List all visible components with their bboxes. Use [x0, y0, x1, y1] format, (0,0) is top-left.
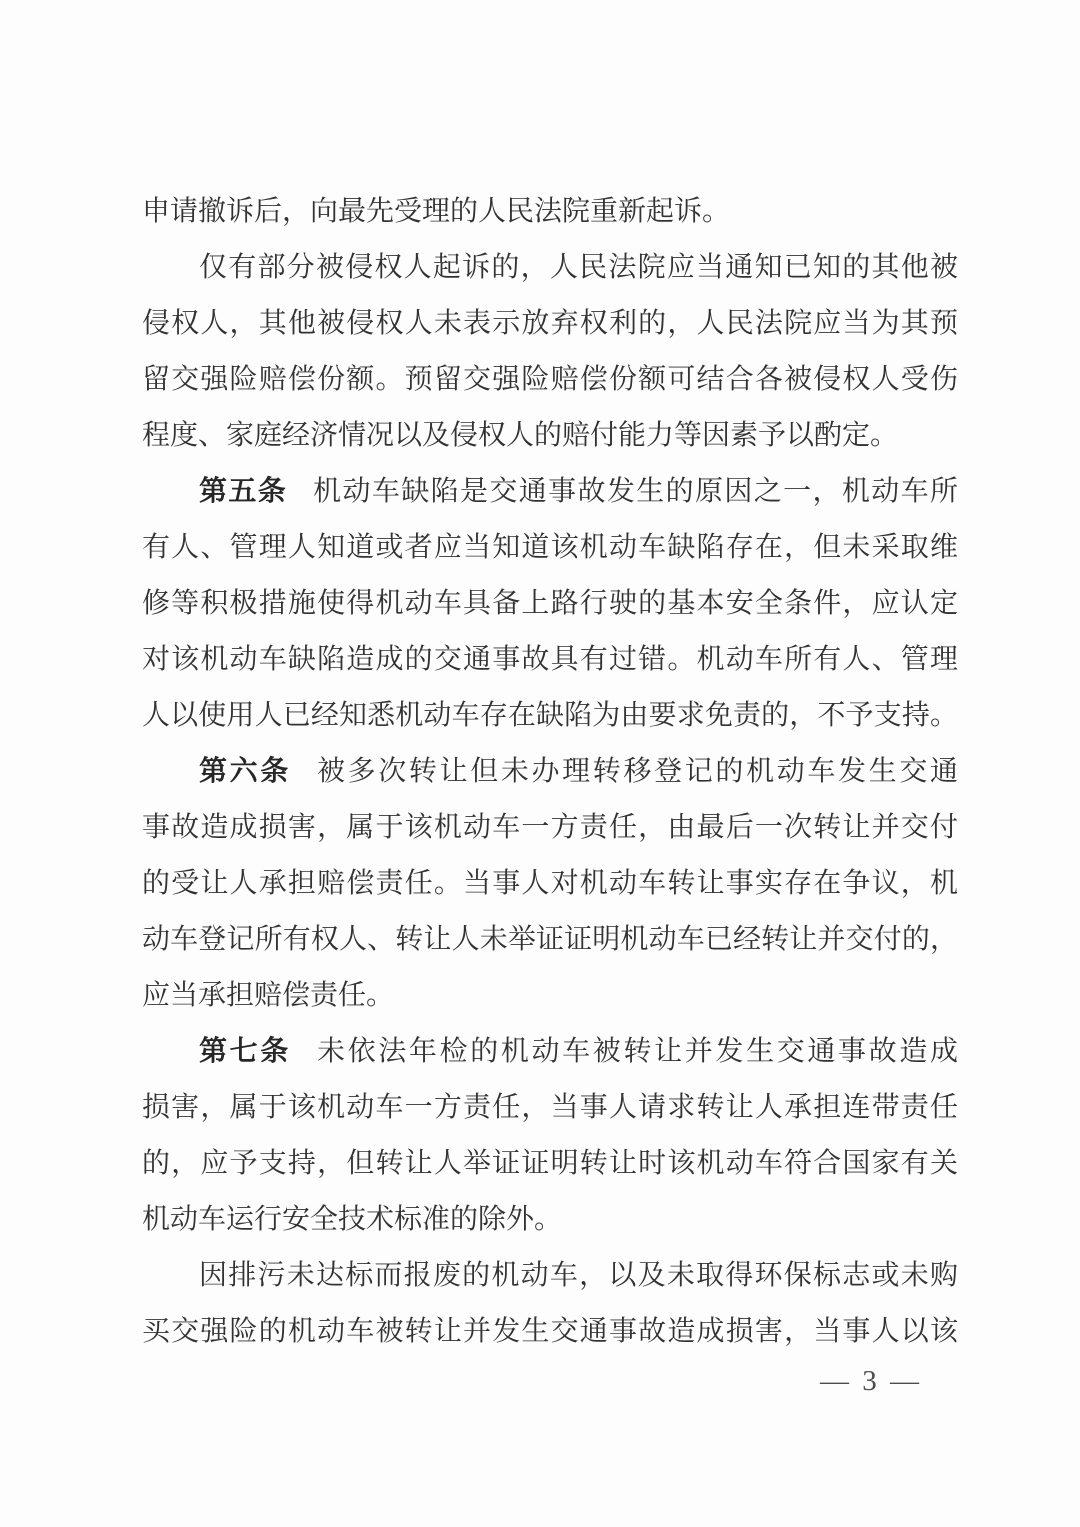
- article-6-number: 第六条: [199, 756, 291, 787]
- text-segment: 被多次转让但未办理转移登记的机动车发生交通: [317, 756, 958, 787]
- text-line: 的受让人承担赔偿责任。当事人对机动车转让事实存在争议，机: [142, 856, 958, 912]
- text-line: 事故造成损害，属于该机动车一方责任，由最后一次转让并交付: [142, 800, 958, 856]
- text-segment: 机动车缺陷是交通事故发生的原因之一，机动车所: [313, 476, 958, 507]
- text-line: 买交强险的机动车被转让并发生交通事故造成损害，当事人以该: [142, 1304, 958, 1360]
- page-number: — 3 —: [820, 1363, 922, 1399]
- document-body: 申请撤诉后，向最先受理的人民法院重新起诉。 仅有部分被侵权人起诉的，人民法院应当…: [142, 184, 958, 1360]
- text-line: 侵权人，其他被侵权人未表示放弃权利的，人民法院应当为其预: [142, 296, 958, 352]
- text-line: 的，应予支持，但转让人举证证明转让时该机动车符合国家有关: [142, 1136, 958, 1192]
- text-line: 申请撤诉后，向最先受理的人民法院重新起诉。: [142, 184, 958, 240]
- text-segment: 未依法年检的机动车被转让并发生交通事故造成: [317, 1036, 958, 1067]
- text-line: 应当承担赔偿责任。: [142, 968, 958, 1024]
- text-line: 留交强险赔偿份额。预留交强险赔偿份额可结合各被侵权人受伤: [142, 352, 958, 408]
- text-line: 程度、家庭经济情况以及侵权人的赔付能力等因素予以酌定。: [142, 408, 958, 464]
- text-line: 仅有部分被侵权人起诉的，人民法院应当通知已知的其他被: [142, 240, 958, 296]
- article-5-number: 第五条: [199, 476, 287, 507]
- text-line: 机动车运行安全技术标准的除外。: [142, 1192, 958, 1248]
- article-7-first-line: 第七条未依法年检的机动车被转让并发生交通事故造成: [142, 1024, 958, 1080]
- text-line: 损害，属于该机动车一方责任，当事人请求转让人承担连带责任: [142, 1080, 958, 1136]
- article-5-first-line: 第五条机动车缺陷是交通事故发生的原因之一，机动车所: [142, 464, 958, 520]
- article-6-first-line: 第六条被多次转让但未办理转移登记的机动车发生交通: [142, 744, 958, 800]
- text-line: 对该机动车缺陷造成的交通事故具有过错。机动车所有人、管理: [142, 632, 958, 688]
- article-7-number: 第七条: [199, 1036, 291, 1067]
- text-line: 有人、管理人知道或者应当知道该机动车缺陷存在，但未采取维: [142, 520, 958, 576]
- document-page: 申请撤诉后，向最先受理的人民法院重新起诉。 仅有部分被侵权人起诉的，人民法院应当…: [0, 0, 1080, 1527]
- text-line: 人以使用人已经知悉机动车存在缺陷为由要求免责的，不予支持。: [142, 688, 958, 744]
- text-line: 因排污未达标而报废的机动车，以及未取得环保标志或未购: [142, 1248, 958, 1304]
- text-line: 修等积极措施使得机动车具备上路行驶的基本安全条件，应认定: [142, 576, 958, 632]
- text-line: 动车登记所有权人、转让人未举证证明机动车已经转让并交付的，: [142, 912, 958, 968]
